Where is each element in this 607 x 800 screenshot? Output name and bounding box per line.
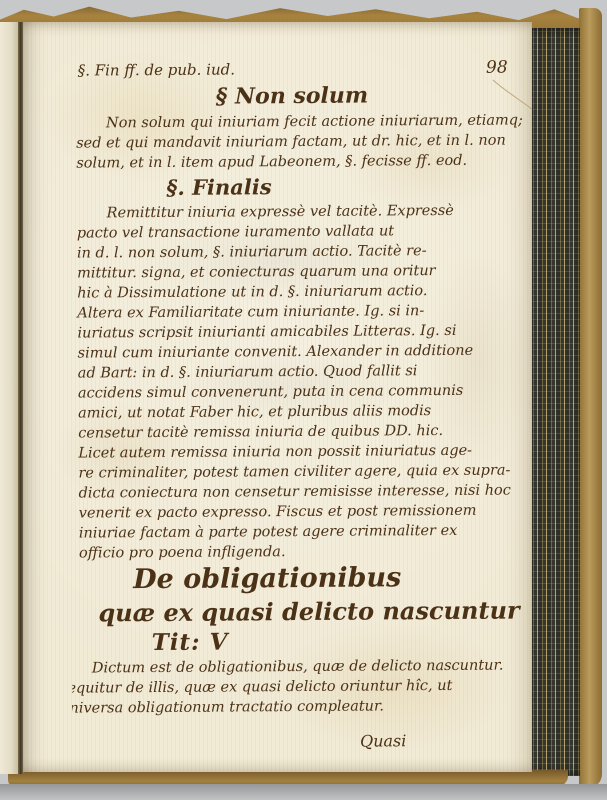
- book-fore-edge-pages: [531, 28, 580, 776]
- text-line: § Non solum: [216, 80, 530, 110]
- text-line: quæ ex quasi delicto nascuntur: [98, 594, 533, 628]
- text-body: § Non solumNon solum qui iniuriam fecit …: [68, 80, 534, 718]
- catchword: Quasi: [360, 731, 406, 750]
- margin-citation: §. Fin ff. de pub. iud.: [78, 58, 235, 81]
- text-line: solum, et in l. item apud Labeonem, §. f…: [76, 150, 530, 173]
- shadow-under-book: [0, 784, 607, 800]
- text-line: §. Finalis: [166, 171, 530, 202]
- text-line: De obligationibus: [133, 560, 533, 597]
- facing-page-sliver: [0, 22, 20, 774]
- text-line: Tit: V: [152, 625, 534, 658]
- photo-background: §. Fin ff. de pub. iud. 98 § Non solumNo…: [0, 0, 607, 800]
- manuscript-text: §. Fin ff. de pub. iud. 98 § Non solumNo…: [68, 56, 535, 754]
- text-line: simul cum iniuriante convenit. Alexander…: [78, 340, 532, 363]
- text-line: universa obligationum tractatio compleat…: [68, 695, 535, 718]
- text-line: Dictum est de obligationibus, quæ de del…: [70, 655, 534, 678]
- page-header: §. Fin ff. de pub. iud. 98: [68, 56, 530, 81]
- page-number: 98: [486, 57, 508, 79]
- book-cover-right-edge: [579, 8, 602, 788]
- manuscript-page: §. Fin ff. de pub. iud. 98 § Non solumNo…: [23, 22, 532, 772]
- text-line: venerit ex pacto expresso. Fiscus et pos…: [79, 500, 533, 523]
- catchword-row: Quasi: [72, 729, 534, 754]
